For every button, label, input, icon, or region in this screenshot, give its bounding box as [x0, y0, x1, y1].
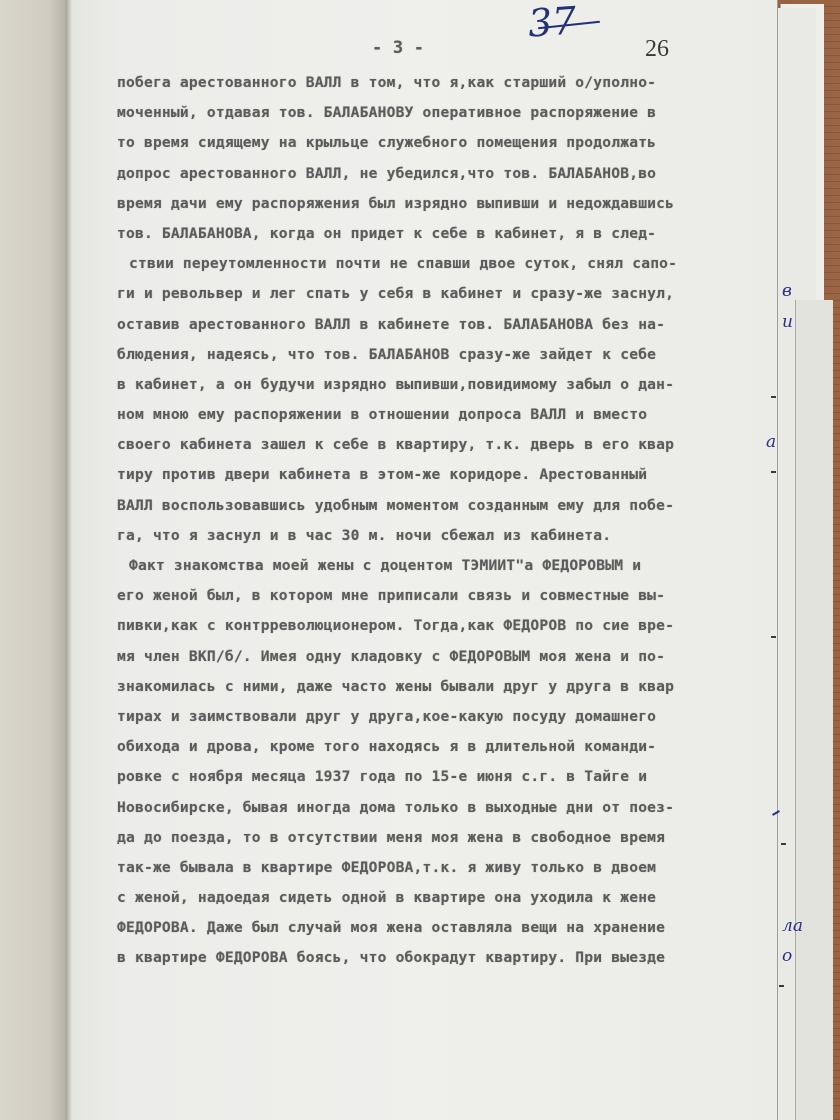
text-line: Факт знакомства моей жены с доцентом ТЭМ…	[117, 551, 777, 581]
text-line: ном мною ему распоряжении в отношении до…	[117, 400, 777, 430]
handwritten-margin-note: в	[782, 281, 792, 301]
margin-tick-mark	[771, 396, 776, 398]
text-line: так-же бывала в квартире ФЕДОРОВА,т.к. я…	[117, 853, 777, 883]
text-line: его женой был, в котором мне приписали с…	[117, 581, 777, 611]
previous-page-edge	[0, 0, 70, 1120]
text-line: с женой, надоедая сидеть одной в квартир…	[117, 883, 777, 913]
text-line: обихода и дрова, кроме того находясь я в…	[117, 732, 777, 762]
document-photo: 37 - 3 - 26 побега арестованного ВАЛЛ в …	[0, 0, 840, 1120]
text-line: мя член ВКП/б/. Имея одну кладовку с ФЕД…	[117, 642, 777, 672]
underlying-sheet	[795, 300, 833, 1120]
handwritten-margin-note: и	[782, 312, 793, 332]
text-line: тов. БАЛАБАНОВА, когда он придет к себе …	[117, 219, 777, 249]
text-line: побега арестованного ВАЛЛ в том, что я,к…	[117, 68, 777, 98]
text-line: знакомилась с ними, даже часто жены быва…	[117, 672, 777, 702]
handwritten-margin-note: а	[766, 432, 776, 452]
text-line: время дачи ему распоряжения был изрядно …	[117, 189, 777, 219]
text-line: моченный, отдавая тов. БАЛАБАНОВУ операт…	[117, 98, 777, 128]
page-fold-shadow	[66, 0, 72, 1120]
text-line: ги и револьвер и лег спать у себя в каби…	[117, 279, 777, 309]
text-line: допрос арестованного ВАЛЛ, не убедился,ч…	[117, 159, 777, 189]
handwritten-margin-note: ла	[782, 916, 803, 936]
margin-tick-mark	[781, 843, 786, 845]
text-line: оставив арестованного ВАЛЛ в кабинете то…	[117, 310, 777, 340]
text-line: пивки,как с контрреволюционером. Тогда,к…	[117, 611, 777, 641]
text-line: ствии переутомленности почти не спавши д…	[117, 249, 777, 279]
text-line: то время сидящему на крыльце служебного …	[117, 128, 777, 158]
text-line: в кабинет, а он будучи изрядно выпивши,п…	[117, 370, 777, 400]
text-line: ровке с ноября месяца 1937 года по 15-е …	[117, 762, 777, 792]
handwritten-margin-note: о	[782, 946, 792, 966]
text-line: тирах и заимствовали друг у друга,кое-ка…	[117, 702, 777, 732]
text-line: тиру против двери кабинета в этом-же кор…	[117, 460, 777, 490]
text-line: в квартире ФЕДОРОВА боясь, что обокрадут…	[117, 943, 777, 973]
margin-tick-mark	[779, 985, 784, 987]
margin-tick-mark	[771, 636, 776, 638]
page-number: - 3 -	[372, 38, 424, 58]
text-line: ВАЛЛ воспользовавшись удобным моментом с…	[117, 491, 777, 521]
text-line: ФЕДОРОВА. Даже был случай моя жена остав…	[117, 913, 777, 943]
text-line: своего кабинета зашел к себе в квартиру,…	[117, 430, 777, 460]
text-line: га, что я заснул и в час 30 м. ночи сбеж…	[117, 521, 777, 551]
text-line: Новосибирске, бывая иногда дома только в…	[117, 793, 777, 823]
text-line: да до поезда, то в отсутствии меня моя ж…	[117, 823, 777, 853]
text-line: блюдения, надеясь, что тов. БАЛАБАНОВ ср…	[117, 340, 777, 370]
document-body: побега арестованного ВАЛЛ в том, что я,к…	[117, 68, 777, 974]
archive-page-number: 26	[645, 36, 669, 63]
margin-tick-mark	[771, 471, 776, 473]
